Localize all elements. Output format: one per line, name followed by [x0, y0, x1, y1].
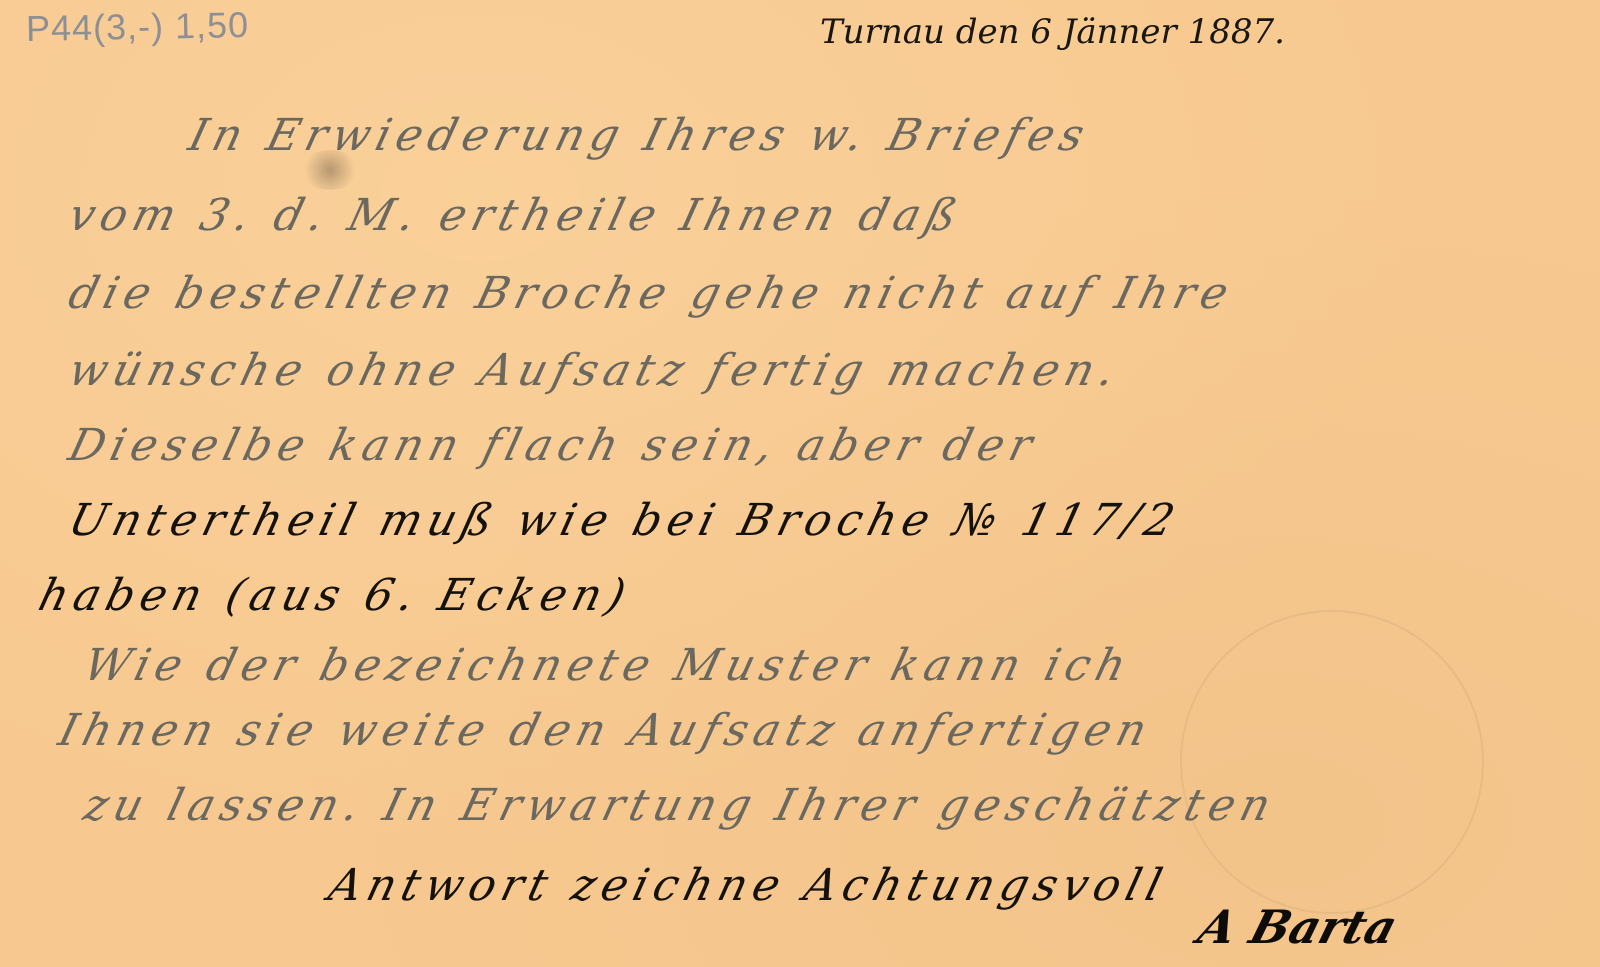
- text-line-3: die bestellten Broche gehe nicht auf Ihr…: [64, 268, 1240, 319]
- text-line-10: zu lassen. In Erwartung Ihrer geschätzte…: [79, 780, 1282, 831]
- text-line-7: haben (aus 6. Ecken): [34, 570, 637, 621]
- faint-postmark: [1180, 610, 1484, 914]
- text-line-11: Antwort zeichne Achtungsvoll: [324, 860, 1173, 911]
- date-line: Turnau den 6 Jänner 1887.: [820, 12, 1285, 52]
- text-line-9: Ihnen sie weite den Aufsatz anfertigen: [54, 705, 1158, 756]
- text-line-4: wünsche ohne Aufsatz fertig machen.: [64, 345, 1126, 396]
- text-line-2: vom 3. d. M. ertheile Ihnen daß: [64, 190, 968, 241]
- text-line-5: Dieselbe kann flach sein, aber der: [64, 420, 1044, 471]
- signature: A Barta: [1192, 900, 1403, 954]
- text-line-1: In Erwiederung Ihres w. Briefes: [184, 110, 1096, 161]
- pencil-catalog-note: P44(3,-) 1,50: [26, 4, 250, 50]
- text-line-8: Wie der bezeichnete Muster kann ich: [79, 640, 1137, 691]
- text-line-6: Untertheil muß wie bei Broche № 117/2: [64, 495, 1186, 546]
